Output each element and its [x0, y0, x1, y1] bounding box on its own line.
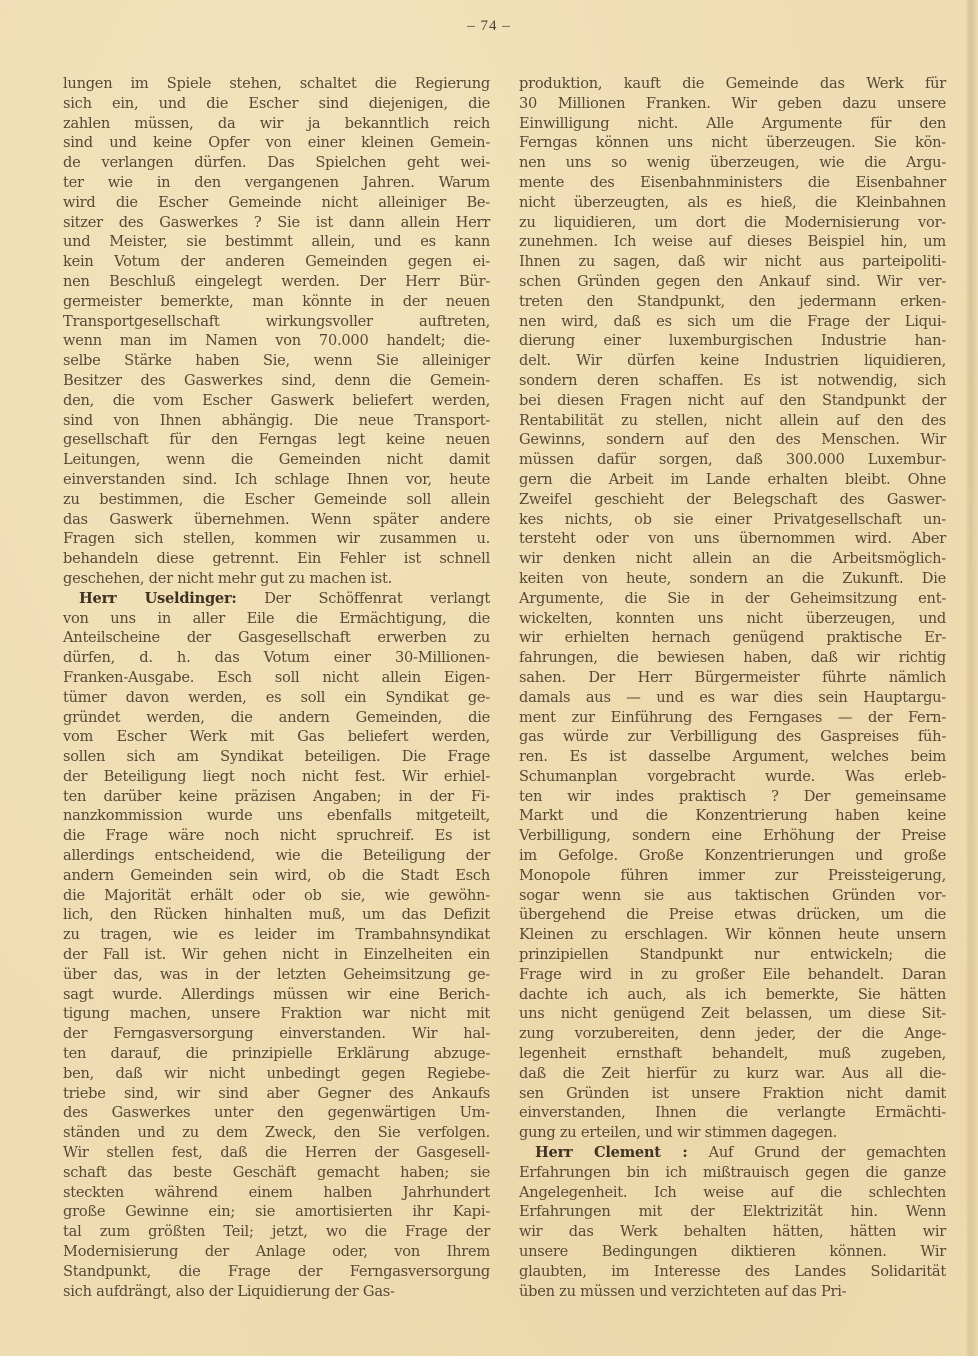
text-line: lungen im Spiele stehen, schaltet die Re… [63, 74, 490, 94]
text-line: nen wird, daß es sich um die Frage der L… [519, 312, 946, 332]
text-line: sagt wurde. Allerdings müssen wir eine B… [63, 985, 490, 1005]
text-line: Transportgesellschaft wirkungsvoller auf… [63, 312, 490, 332]
line-text: Rentabilität zu stellen, nicht allein au… [519, 412, 946, 429]
line-text: zung vorzubereiten, denn jeder, der die … [519, 1025, 946, 1042]
line-text: damals aus — und es war dies sein Haupta… [519, 689, 946, 706]
text-line: der Beteiligung liegt noch nicht fest. W… [63, 767, 490, 787]
line-text: das Gaswerk übernehmen. Wenn später ande… [63, 511, 490, 528]
line-text: Angelegenheit. Ich weise auf die schlech… [519, 1184, 946, 1201]
line-text: Wir stellen fest, daß die Herren der Gas… [63, 1144, 490, 1161]
line-text: zu liquidieren, um dort die Modernisieru… [519, 214, 946, 231]
text-line: der Ferngasversorgung einverstanden. Wir… [63, 1024, 490, 1044]
text-line: tigung machen, unsere Fraktion war nicht… [63, 1004, 490, 1024]
text-line: gründet werden, die andern Gemeinden, di… [63, 708, 490, 728]
text-line: prinzipiellen Standpunkt nur entwickeln;… [519, 945, 946, 965]
text-line: Verbilligung, sondern eine Erhöhung der … [519, 826, 946, 846]
line-text: Gewinns, sondern auf den des Menschen. W… [519, 431, 946, 448]
line-text: delt. Wir dürfen keine Industrien liquid… [519, 352, 946, 369]
text-line: schen Gründen gegen den Ankauf sind. Wir… [519, 272, 946, 292]
text-line: daß die Zeit hierfür zu kurz war. Aus al… [519, 1064, 946, 1084]
text-line: müssen dafür sorgen, daß 300.000 Luxembu… [519, 450, 946, 470]
line-text: nen uns so wenig überzeugen, wie die Arg… [519, 154, 946, 171]
line-text: tümer davon werden, es soll ein Syndikat… [63, 689, 490, 706]
text-line: glaubten, im Interesse des Landes Solida… [519, 1262, 946, 1282]
text-line: Franken-Ausgabe. Esch soll nicht allein … [63, 668, 490, 688]
line-text: treten den Standpunkt, den jedermann erk… [519, 293, 946, 310]
line-text: üben zu müssen und verzichteten auf das … [519, 1283, 846, 1300]
text-line: einverstanden, Ihnen die verlangte Ermäc… [519, 1103, 946, 1123]
line-text: bei diesen Fragen nicht auf den Standpun… [519, 392, 946, 409]
line-text: vom Escher Werk mit Gas beliefert werden… [63, 728, 490, 745]
text-line: nicht überzeugten, als es hieß, die Klei… [519, 193, 946, 213]
text-line: ter wie in den vergangenen Jahren. Warum [63, 173, 490, 193]
line-text: wir das Werk behalten hätten, hätten wir [519, 1223, 946, 1240]
text-line: dierung einer luxemburgischen Industrie … [519, 331, 946, 351]
text-line: tal zum größten Teil; jetzt, wo die Frag… [63, 1222, 490, 1242]
text-line: sich ein, und die Escher sind diejenigen… [63, 94, 490, 114]
line-text: unsere Bedingungen diktieren können. Wir [519, 1243, 946, 1260]
line-text: gung zu erteilen, und wir stimmen dagege… [519, 1124, 837, 1141]
text-line: lich, den Rücken hinhalten muß, um das D… [63, 905, 490, 925]
text-line: steckten während einem halben Jahrhunder… [63, 1183, 490, 1203]
right-text-column: produktion, kauft die Gemeinde das Werk … [519, 74, 946, 1301]
text-line: sitzer des Gaswerkes ? Sie ist dann alle… [63, 213, 490, 233]
line-text: sollen sich am Syndikat beteiligen. Die … [63, 748, 490, 765]
line-text: Erfahrungen mit der Elektrizität hin. We… [519, 1203, 946, 1220]
line-text: ment zur Einführung des Ferngases — der … [519, 709, 946, 726]
line-text: Transportgesellschaft wirkungsvoller auf… [63, 313, 490, 330]
text-line: ten darauf, die prinzipielle Erklärung a… [63, 1044, 490, 1064]
line-text: wird die Escher Gemeinde nicht alleinige… [63, 194, 490, 211]
text-line: sen Gründen ist unsere Fraktion nicht da… [519, 1084, 946, 1104]
text-line: Frage wird in zu großer Eile behandelt. … [519, 965, 946, 985]
line-text: Ferngas können uns nicht überzeugen. Sie… [519, 134, 946, 151]
text-line: des Gaswerkes unter den gegenwärtigen Um… [63, 1103, 490, 1123]
line-text: sind und keine Opfer von einer kleinen G… [63, 134, 490, 151]
line-text: ständen und zu dem Zweck, den Sie verfol… [63, 1124, 490, 1141]
text-line: dürfen, d. h. das Votum einer 30-Million… [63, 648, 490, 668]
line-text: sen Gründen ist unsere Fraktion nicht da… [519, 1085, 946, 1102]
text-line: ten wir indes praktisch ? Der gemeinsame [519, 787, 946, 807]
text-line: sahen. Der Herr Bürgermeister führte näm… [519, 668, 946, 688]
line-text: zahlen müssen, da wir ja bekanntlich rei… [63, 115, 490, 132]
line-text: und Meister, sie bestimmt allein, und es… [63, 233, 490, 250]
line-text: keiten von heute, sondern an die Zukunft… [519, 570, 946, 587]
text-line: sich aufdrängt, also der Liquidierung de… [63, 1282, 490, 1302]
line-text: mente des Eisenbahnministers die Eisenba… [519, 174, 946, 191]
line-text: kes nichts, ob sie einer Privatgesellsch… [519, 511, 946, 528]
text-line: wird die Escher Gemeinde nicht alleinige… [63, 193, 490, 213]
text-line: Schumanplan vorgebracht wurde. Was erleb… [519, 767, 946, 787]
line-text: lungen im Spiele stehen, schaltet die Re… [63, 75, 490, 92]
line-text: sitzer des Gaswerkes ? Sie ist dann alle… [63, 214, 490, 231]
line-text: ten darauf, die prinzipielle Erklärung a… [63, 1045, 490, 1062]
text-line: nen Beschluß eingelegt werden. Der Herr … [63, 272, 490, 292]
text-line: kes nichts, ob sie einer Privatgesellsch… [519, 510, 946, 530]
text-line: Argumente, die Sie in der Geheimsitzung … [519, 589, 946, 609]
line-text: Verbilligung, sondern eine Erhöhung der … [519, 827, 946, 844]
text-line: Kleinen zu erschlagen. Wir können heute … [519, 925, 946, 945]
text-line: Standpunkt, die Frage der Ferngasversorg… [63, 1262, 490, 1282]
line-text: 30 Millionen Franken. Wir geben dazu uns… [519, 95, 946, 112]
line-text: Kleinen zu erschlagen. Wir können heute … [519, 926, 946, 943]
line-text: zu tragen, wie es leider im Trambahnsynd… [63, 926, 490, 943]
line-text: zunehmen. Ich weise auf dieses Beispiel … [519, 233, 946, 250]
text-line: üben zu müssen und verzichteten auf das … [519, 1282, 946, 1302]
text-line: allerdings entscheidend, wie die Beteili… [63, 846, 490, 866]
line-text: den, die vom Escher Gaswerk beliefert we… [63, 392, 490, 409]
line-text: wir denken nicht allein an die Arbeitsmö… [519, 550, 946, 567]
line-text: allerdings entscheidend, wie die Beteili… [63, 847, 490, 864]
text-line: Gewinns, sondern auf den des Menschen. W… [519, 430, 946, 450]
line-text: nanzkommission wurde uns ebenfalls mitge… [63, 807, 490, 824]
line-text: behandeln diese getrennt. Ein Fehler ist… [63, 550, 490, 567]
text-line: nen uns so wenig überzeugen, wie die Arg… [519, 153, 946, 173]
text-line: uns nicht genügend Zeit belassen, um die… [519, 1004, 946, 1024]
text-line: zu bestimmen, die Escher Gemeinde soll a… [63, 490, 490, 510]
line-text: Argumente, die Sie in der Geheimsitzung … [519, 590, 946, 607]
text-line: keiten von heute, sondern an die Zukunft… [519, 569, 946, 589]
text-line: ben, daß wir nicht unbedingt gegen Regie… [63, 1064, 490, 1084]
line-text: Ihnen zu sagen, daß wir nicht aus partei… [519, 253, 946, 270]
line-text: sich aufdrängt, also der Liquidierung de… [63, 1283, 395, 1300]
line-text: Markt und die Konzentrierung haben keine [519, 807, 946, 824]
document-page: – 74 – lungen im Spiele stehen, schaltet… [0, 0, 978, 1356]
speaker-name: Herr Useldinger: [79, 590, 237, 607]
line-text: prinzipiellen Standpunkt nur entwickeln;… [519, 946, 946, 963]
text-line: triebe sind, wir sind aber Gegner des An… [63, 1084, 490, 1104]
line-text: Monopole führen immer zur Preissteigerun… [519, 867, 946, 884]
text-line: über das, was in der letzten Geheimsitzu… [63, 965, 490, 985]
line-text: fahrungen, die bewiesen haben, daß wir r… [519, 649, 946, 666]
line-text: des Gaswerkes unter den gegenwärtigen Um… [63, 1104, 490, 1121]
text-line: geschehen, der nicht mehr gut zu machen … [63, 569, 490, 589]
text-line: Besitzer des Gaswerkes sind, denn die Ge… [63, 371, 490, 391]
text-line: zung vorzubereiten, denn jeder, der die … [519, 1024, 946, 1044]
line-text: sich ein, und die Escher sind diejenigen… [63, 95, 490, 112]
left-text-column: lungen im Spiele stehen, schaltet die Re… [63, 74, 490, 1301]
text-line: den, die vom Escher Gaswerk beliefert we… [63, 391, 490, 411]
text-line: mente des Eisenbahnministers die Eisenba… [519, 173, 946, 193]
text-line: wickelten, konnten uns nicht überzeugen,… [519, 609, 946, 629]
line-text: der Beteiligung liegt noch nicht fest. W… [63, 768, 490, 785]
line-text: Erfahrungen bin ich mißtrauisch gegen di… [519, 1164, 946, 1181]
text-line: zu liquidieren, um dort die Modernisieru… [519, 213, 946, 233]
text-line: kein Votum der anderen Gemeinden gegen e… [63, 252, 490, 272]
line-text: Frage wird in zu großer Eile behandelt. … [519, 966, 946, 983]
line-text: im Gefolge. Große Konzentrierungen und g… [519, 847, 946, 864]
text-line: vom Escher Werk mit Gas beliefert werden… [63, 727, 490, 747]
line-text: tal zum größten Teil; jetzt, wo die Frag… [63, 1223, 490, 1240]
line-text: sondern deren schaffen. Es ist notwendig… [519, 372, 946, 389]
text-line: wir erhielten hernach genügend praktisch… [519, 628, 946, 648]
speaker-name: Herr Clement : [535, 1144, 687, 1161]
text-line: delt. Wir dürfen keine Industrien liquid… [519, 351, 946, 371]
text-line: behandeln diese getrennt. Ein Fehler ist… [63, 549, 490, 569]
line-text: gründet werden, die andern Gemeinden, di… [63, 709, 490, 726]
line-text: Auf Grund der gemachten [687, 1144, 946, 1161]
text-line: Herr Useldinger: Der Schöffenrat verlang… [63, 589, 490, 609]
text-line: der Fall ist. Wir gehen nicht in Einzelh… [63, 945, 490, 965]
text-line: tersteht oder von uns übernommen wird. A… [519, 529, 946, 549]
line-text: Standpunkt, die Frage der Ferngasversorg… [63, 1263, 490, 1280]
line-text: Leitungen, wenn die Gemeinden nicht dami… [63, 451, 490, 468]
text-line: sollen sich am Syndikat beteiligen. Die … [63, 747, 490, 767]
text-line: Erfahrungen mit der Elektrizität hin. We… [519, 1202, 946, 1222]
text-line: Ferngas können uns nicht überzeugen. Sie… [519, 133, 946, 153]
text-line: tümer davon werden, es soll ein Syndikat… [63, 688, 490, 708]
line-text: nen Beschluß eingelegt werden. Der Herr … [63, 273, 490, 290]
text-line: Angelegenheit. Ich weise auf die schlech… [519, 1183, 946, 1203]
line-text: übergehend die Preise etwas drücken, um … [519, 906, 946, 923]
line-text: uns nicht genügend Zeit belassen, um die… [519, 1005, 946, 1022]
text-line: Ihnen zu sagen, daß wir nicht aus partei… [519, 252, 946, 272]
line-text: müssen dafür sorgen, daß 300.000 Luxembu… [519, 451, 946, 468]
line-text: Zweifel geschieht der Belegschaft des Ga… [519, 491, 946, 508]
text-line: treten den Standpunkt, den jedermann erk… [519, 292, 946, 312]
line-text: Einwilligung nicht. Alle Argumente für d… [519, 115, 946, 132]
line-text: von uns in aller Eile die Ermächtigung, … [63, 610, 490, 627]
text-line: Rentabilität zu stellen, nicht allein au… [519, 411, 946, 431]
text-line: gung zu erteilen, und wir stimmen dagege… [519, 1123, 946, 1143]
line-text: steckten während einem halben Jahrhunder… [63, 1184, 490, 1201]
line-text: lich, den Rücken hinhalten muß, um das D… [63, 906, 490, 923]
text-line: zunehmen. Ich weise auf dieses Beispiel … [519, 232, 946, 252]
text-line: gas würde zur Verbilligung des Gaspreise… [519, 727, 946, 747]
text-line: legenheit ernsthaft behandelt, muß zugeb… [519, 1044, 946, 1064]
text-line: zahlen müssen, da wir ja bekanntlich rei… [63, 114, 490, 134]
line-text: Modernisierung der Anlage oder, von Ihre… [63, 1243, 490, 1260]
line-text: dürfen, d. h. das Votum einer 30-Million… [63, 649, 490, 666]
line-text: wenn man im Namen von 70.000 handelt; di… [63, 332, 490, 349]
line-text: Schumanplan vorgebracht wurde. Was erleb… [519, 768, 946, 785]
text-line: andern Gemeinden sein wird, ob die Stadt… [63, 866, 490, 886]
text-line: dachte ich auch, als ich bemerkte, Sie h… [519, 985, 946, 1005]
line-text: germeister bemerkte, man könnte in der n… [63, 293, 490, 310]
line-text: legenheit ernsthaft behandelt, muß zugeb… [519, 1045, 946, 1062]
text-line: Markt und die Konzentrierung haben keine [519, 806, 946, 826]
line-text: geschehen, der nicht mehr gut zu machen … [63, 570, 392, 587]
line-text: dachte ich auch, als ich bemerkte, Sie h… [519, 986, 946, 1003]
line-text: schaft das beste Geschäft gemacht haben;… [63, 1164, 490, 1181]
text-line: im Gefolge. Große Konzentrierungen und g… [519, 846, 946, 866]
text-line: nanzkommission wurde uns ebenfalls mitge… [63, 806, 490, 826]
line-text: gern die Arbeit im Lande erhalten bleibt… [519, 471, 946, 488]
line-text: gas würde zur Verbilligung des Gaspreise… [519, 728, 946, 745]
page-number: – 74 – [0, 18, 978, 35]
text-line: de verlangen dürfen. Das Spielchen geht … [63, 153, 490, 173]
text-line: Wir stellen fest, daß die Herren der Gas… [63, 1143, 490, 1163]
text-line: ren. Es ist dasselbe Argument, welches b… [519, 747, 946, 767]
line-text: ren. Es ist dasselbe Argument, welches b… [519, 748, 946, 765]
text-line: sind und keine Opfer von einer kleinen G… [63, 133, 490, 153]
line-text: große Gewinne ein; sie amortisierten ihr… [63, 1203, 490, 1220]
line-text: über das, was in der letzten Geheimsitzu… [63, 966, 490, 983]
text-line: von uns in aller Eile die Ermächtigung, … [63, 609, 490, 629]
text-line: Fragen sich stellen, kommen wir zusammen… [63, 529, 490, 549]
line-text: wickelten, konnten uns nicht überzeugen,… [519, 610, 946, 627]
text-line: große Gewinne ein; sie amortisierten ihr… [63, 1202, 490, 1222]
line-text: selbe Stärke haben Sie, wenn Sie alleini… [63, 352, 490, 369]
line-text: sagt wurde. Allerdings müssen wir eine B… [63, 986, 490, 1003]
text-line: schaft das beste Geschäft gemacht haben;… [63, 1163, 490, 1183]
line-text: Besitzer des Gaswerkes sind, denn die Ge… [63, 372, 490, 389]
line-text: dierung einer luxemburgischen Industrie … [519, 332, 946, 349]
line-text: Fragen sich stellen, kommen wir zusammen… [63, 530, 490, 547]
text-line: germeister bemerkte, man könnte in der n… [63, 292, 490, 312]
line-text: ter wie in den vergangenen Jahren. Warum [63, 174, 490, 191]
text-line: das Gaswerk übernehmen. Wenn später ande… [63, 510, 490, 530]
line-text: kein Votum der anderen Gemeinden gegen e… [63, 253, 490, 270]
line-text: wir erhielten hernach genügend praktisch… [519, 629, 946, 646]
line-text: andern Gemeinden sein wird, ob die Stadt… [63, 867, 490, 884]
text-line: fahrungen, die bewiesen haben, daß wir r… [519, 648, 946, 668]
text-line: Monopole führen immer zur Preissteigerun… [519, 866, 946, 886]
line-text: ten wir indes praktisch ? Der gemeinsame [519, 788, 946, 805]
line-text: de verlangen dürfen. Das Spielchen geht … [63, 154, 490, 171]
text-line: wir das Werk behalten hätten, hätten wir [519, 1222, 946, 1242]
text-line: zu tragen, wie es leider im Trambahnsynd… [63, 925, 490, 945]
text-line: wenn man im Namen von 70.000 handelt; di… [63, 331, 490, 351]
text-line: Modernisierung der Anlage oder, von Ihre… [63, 1242, 490, 1262]
text-line: einverstanden sind. Ich schlage Ihnen vo… [63, 470, 490, 490]
text-line: ständen und zu dem Zweck, den Sie verfol… [63, 1123, 490, 1143]
line-text: der Ferngasversorgung einverstanden. Wir… [63, 1025, 490, 1042]
line-text: nicht überzeugten, als es hieß, die Klei… [519, 194, 946, 211]
line-text: ben, daß wir nicht unbedingt gegen Regie… [63, 1065, 490, 1082]
text-line: Leitungen, wenn die Gemeinden nicht dami… [63, 450, 490, 470]
text-line: ten darüber keine präzisen Angaben; in d… [63, 787, 490, 807]
line-text: tigung machen, unsere Fraktion war nicht… [63, 1005, 490, 1022]
line-text: die Frage wäre noch nicht spruchreif. Es… [63, 827, 490, 844]
text-line: unsere Bedingungen diktieren können. Wir [519, 1242, 946, 1262]
line-text: zu bestimmen, die Escher Gemeinde soll a… [63, 491, 490, 508]
text-line: ment zur Einführung des Ferngases — der … [519, 708, 946, 728]
line-text: der Fall ist. Wir gehen nicht in Einzelh… [63, 946, 490, 963]
line-text: daß die Zeit hierfür zu kurz war. Aus al… [519, 1065, 946, 1082]
text-line: übergehend die Preise etwas drücken, um … [519, 905, 946, 925]
text-line: Anteilscheine der Gasgesellschaft erwerb… [63, 628, 490, 648]
text-line: und Meister, sie bestimmt allein, und es… [63, 232, 490, 252]
text-line: die Frage wäre noch nicht spruchreif. Es… [63, 826, 490, 846]
line-text: Der Schöffenrat verlangt [237, 590, 490, 607]
text-line: Einwilligung nicht. Alle Argumente für d… [519, 114, 946, 134]
text-line: sondern deren schaffen. Es ist notwendig… [519, 371, 946, 391]
text-line: selbe Stärke haben Sie, wenn Sie alleini… [63, 351, 490, 371]
line-text: gesellschaft für den Ferngas legt keine … [63, 431, 490, 448]
line-text: glaubten, im Interesse des Landes Solida… [519, 1263, 946, 1280]
text-line: die Majorität erhält oder ob sie, wie ge… [63, 886, 490, 906]
text-line: damals aus — und es war dies sein Haupta… [519, 688, 946, 708]
text-line: sind von Ihnen abhängig. Die neue Transp… [63, 411, 490, 431]
line-text: einverstanden sind. Ich schlage Ihnen vo… [63, 471, 490, 488]
line-text: ten darüber keine präzisen Angaben; in d… [63, 788, 490, 805]
line-text: sind von Ihnen abhängig. Die neue Transp… [63, 412, 490, 429]
text-line: Herr Clement : Auf Grund der gemachten [519, 1143, 946, 1163]
line-text: einverstanden, Ihnen die verlangte Ermäc… [519, 1104, 946, 1121]
line-text: schen Gründen gegen den Ankauf sind. Wir… [519, 273, 946, 290]
text-line: Erfahrungen bin ich mißtrauisch gegen di… [519, 1163, 946, 1183]
line-text: die Majorität erhält oder ob sie, wie ge… [63, 887, 490, 904]
text-line: produktion, kauft die Gemeinde das Werk … [519, 74, 946, 94]
line-text: Anteilscheine der Gasgesellschaft erwerb… [63, 629, 490, 646]
line-text: produktion, kauft die Gemeinde das Werk … [519, 75, 946, 92]
text-line: Zweifel geschieht der Belegschaft des Ga… [519, 490, 946, 510]
line-text: nen wird, daß es sich um die Frage der L… [519, 313, 946, 330]
text-line: wir denken nicht allein an die Arbeitsmö… [519, 549, 946, 569]
line-text: tersteht oder von uns übernommen wird. A… [519, 530, 946, 547]
text-line: gern die Arbeit im Lande erhalten bleibt… [519, 470, 946, 490]
text-line: sogar wenn sie aus taktischen Gründen vo… [519, 886, 946, 906]
line-text: Franken-Ausgabe. Esch soll nicht allein … [63, 669, 490, 686]
line-text: sahen. Der Herr Bürgermeister führte näm… [519, 669, 946, 686]
text-line: gesellschaft für den Ferngas legt keine … [63, 430, 490, 450]
line-text: sogar wenn sie aus taktischen Gründen vo… [519, 887, 946, 904]
text-line: bei diesen Fragen nicht auf den Standpun… [519, 391, 946, 411]
text-line: 30 Millionen Franken. Wir geben dazu uns… [519, 94, 946, 114]
line-text: triebe sind, wir sind aber Gegner des An… [63, 1085, 490, 1102]
